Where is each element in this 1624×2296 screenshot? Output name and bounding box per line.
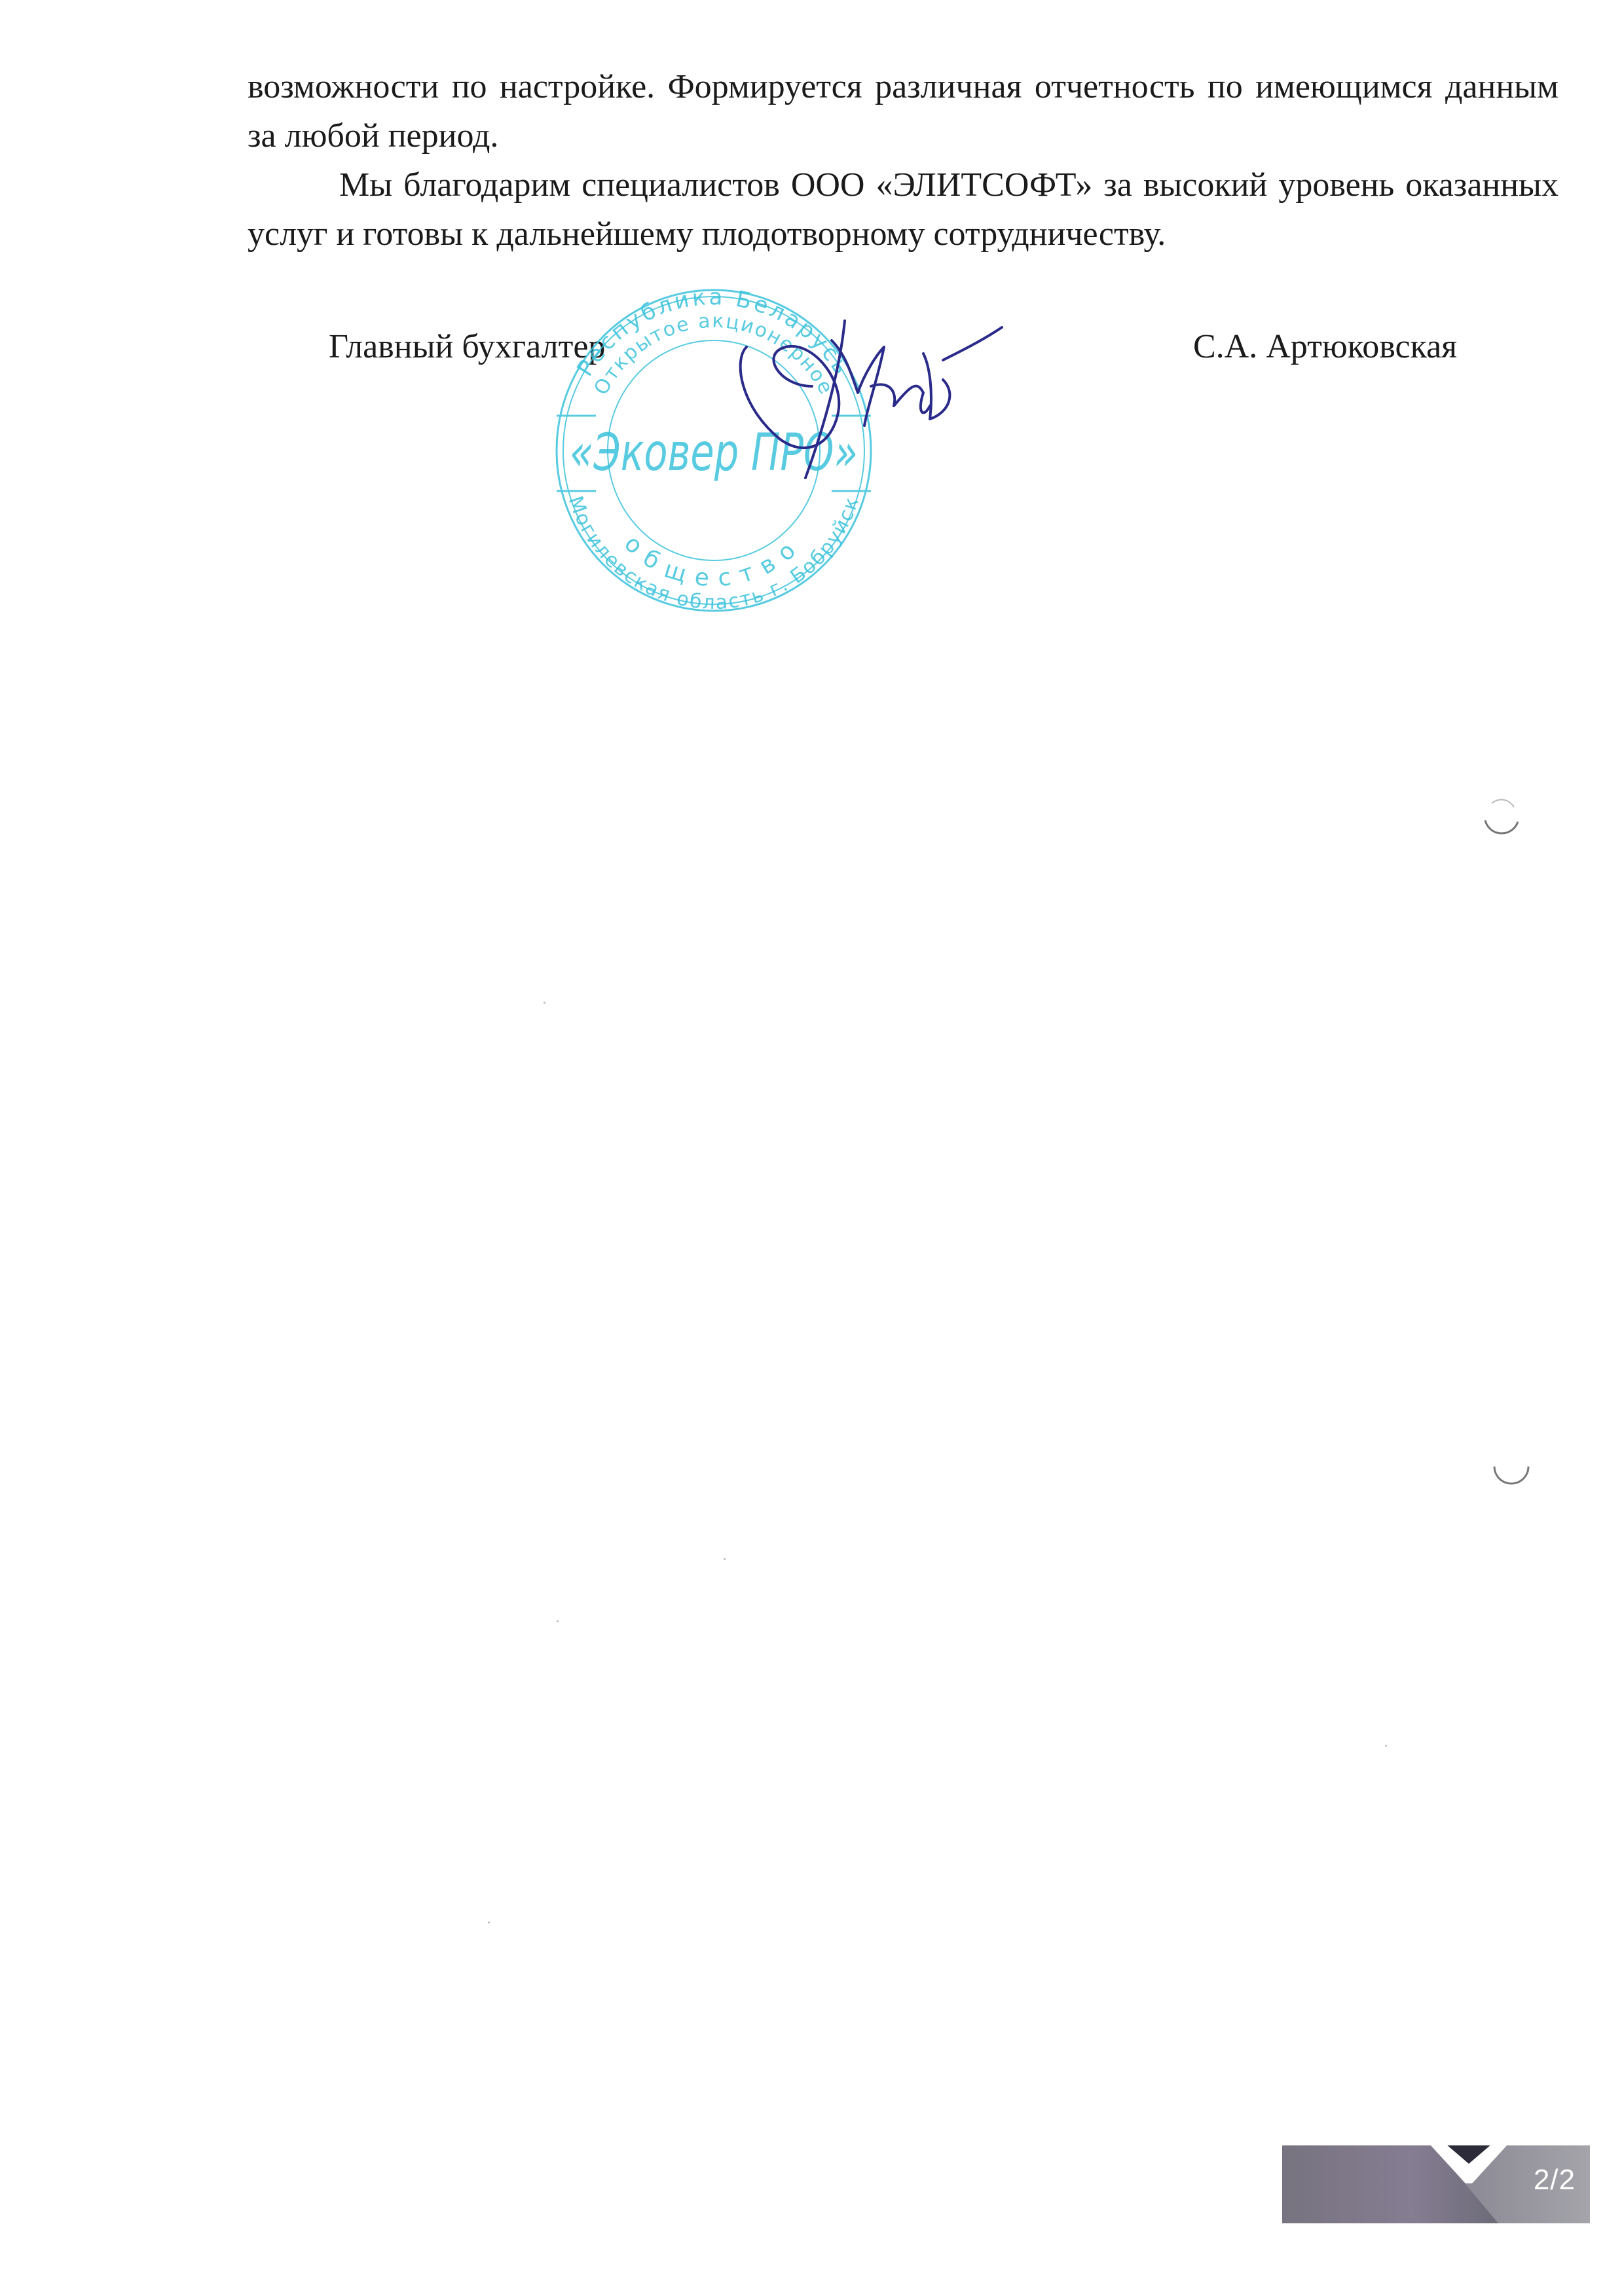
body-paragraph-1: возможности по настройке. Формируется ра… bbox=[248, 62, 1559, 160]
scan-speck bbox=[488, 1922, 490, 1923]
punch-hole-mark-icon bbox=[1488, 1447, 1534, 1493]
page-indicator-badge: 2/2 bbox=[1282, 2145, 1590, 2223]
scan-speck bbox=[1385, 1745, 1387, 1747]
scan-speck bbox=[544, 1002, 545, 1004]
body-paragraph-2: Мы благодарим специалистов ООО «ЭЛИТСОФТ… bbox=[248, 160, 1559, 259]
page-number: 2/2 bbox=[1534, 2164, 1576, 2196]
punch-hole-mark-icon bbox=[1480, 795, 1526, 841]
scan-speck bbox=[724, 1558, 726, 1560]
svg-text:Могилевская область г. Бобруйс: Могилевская область г. Бобруйск bbox=[564, 493, 864, 614]
signature-icon bbox=[733, 314, 1008, 484]
scan-speck bbox=[557, 1620, 559, 1622]
chevron-down-icon bbox=[1430, 2145, 1508, 2183]
signatory-name: С.А. Артюковская bbox=[1193, 327, 1457, 367]
document-page: возможности по настройке. Формируется ра… bbox=[0, 0, 1624, 2296]
